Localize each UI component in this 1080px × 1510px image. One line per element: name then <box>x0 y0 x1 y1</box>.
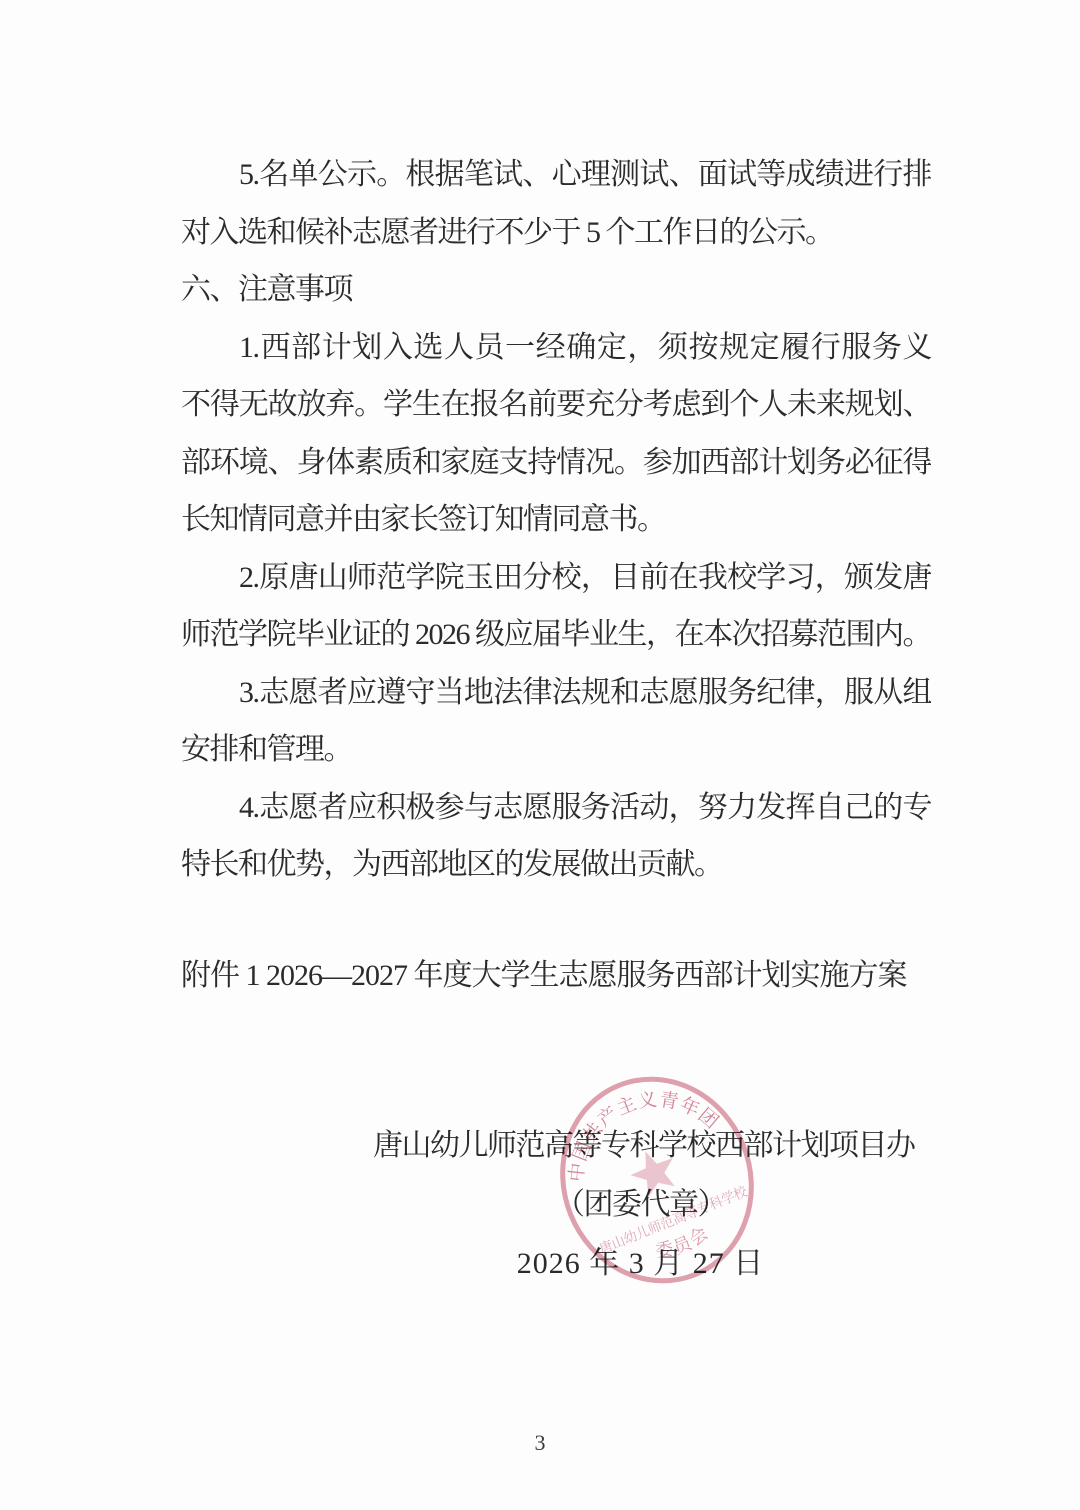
signature-org: 唐山幼儿师范高等专科学校西部计划项目办 <box>373 1116 908 1175</box>
body-line: 4.志愿者应积极参与志愿服务活动，努力发挥自己的专业 <box>181 779 931 837</box>
body-line: 2.原唐山师范学院玉田分校，目前在我校学习，颁发唐山 <box>181 549 931 607</box>
body-line: 师范学院毕业证的 2026 级应届毕业生，在本次招募范围内。 <box>181 606 931 664</box>
body-line: 部环境、身体素质和家庭支持情况。参加西部计划务必征得家 <box>181 434 931 492</box>
body-line: 安排和管理。 <box>181 721 931 779</box>
body-line: 长知情同意并由家长签订知情同意书。 <box>181 491 931 549</box>
body-line: 特长和优势，为西部地区的发展做出贡献。 <box>181 836 931 894</box>
body-line: 对入选和候补志愿者进行不少于 5 个工作日的公示。 <box>181 204 931 262</box>
body-text: 5.名单公示。根据笔试、心理测试、面试等成绩进行排名， 对入选和候补志愿者进行不… <box>181 146 931 894</box>
attachment-reference: 附件 1 2026—2027 年度大学生志愿服务西部计划实施方案 <box>181 947 981 1005</box>
body-line: 5.名单公示。根据笔试、心理测试、面试等成绩进行排名， <box>181 146 931 204</box>
signature-note: （团委代章） <box>373 1175 908 1234</box>
page-number: 3 <box>0 1430 1080 1456</box>
body-line: 不得无故放弃。学生在报名前要充分考虑到个人未来规划、西 <box>181 376 931 434</box>
body-line: 1.西部计划入选人员一经确定，须按规定履行服务义务， <box>181 319 931 377</box>
signature-block: 唐山幼儿师范高等专科学校西部计划项目办 （团委代章） 2026 年 3 月 27… <box>373 1116 908 1293</box>
signature-date: 2026 年 3 月 27 日 <box>373 1234 908 1293</box>
document-page: 5.名单公示。根据笔试、心理测试、面试等成绩进行排名， 对入选和候补志愿者进行不… <box>0 0 1080 1510</box>
body-line: 3.志愿者应遵守当地法律法规和志愿服务纪律，服从组织 <box>181 664 931 722</box>
section-heading: 六、注意事项 <box>181 261 931 319</box>
